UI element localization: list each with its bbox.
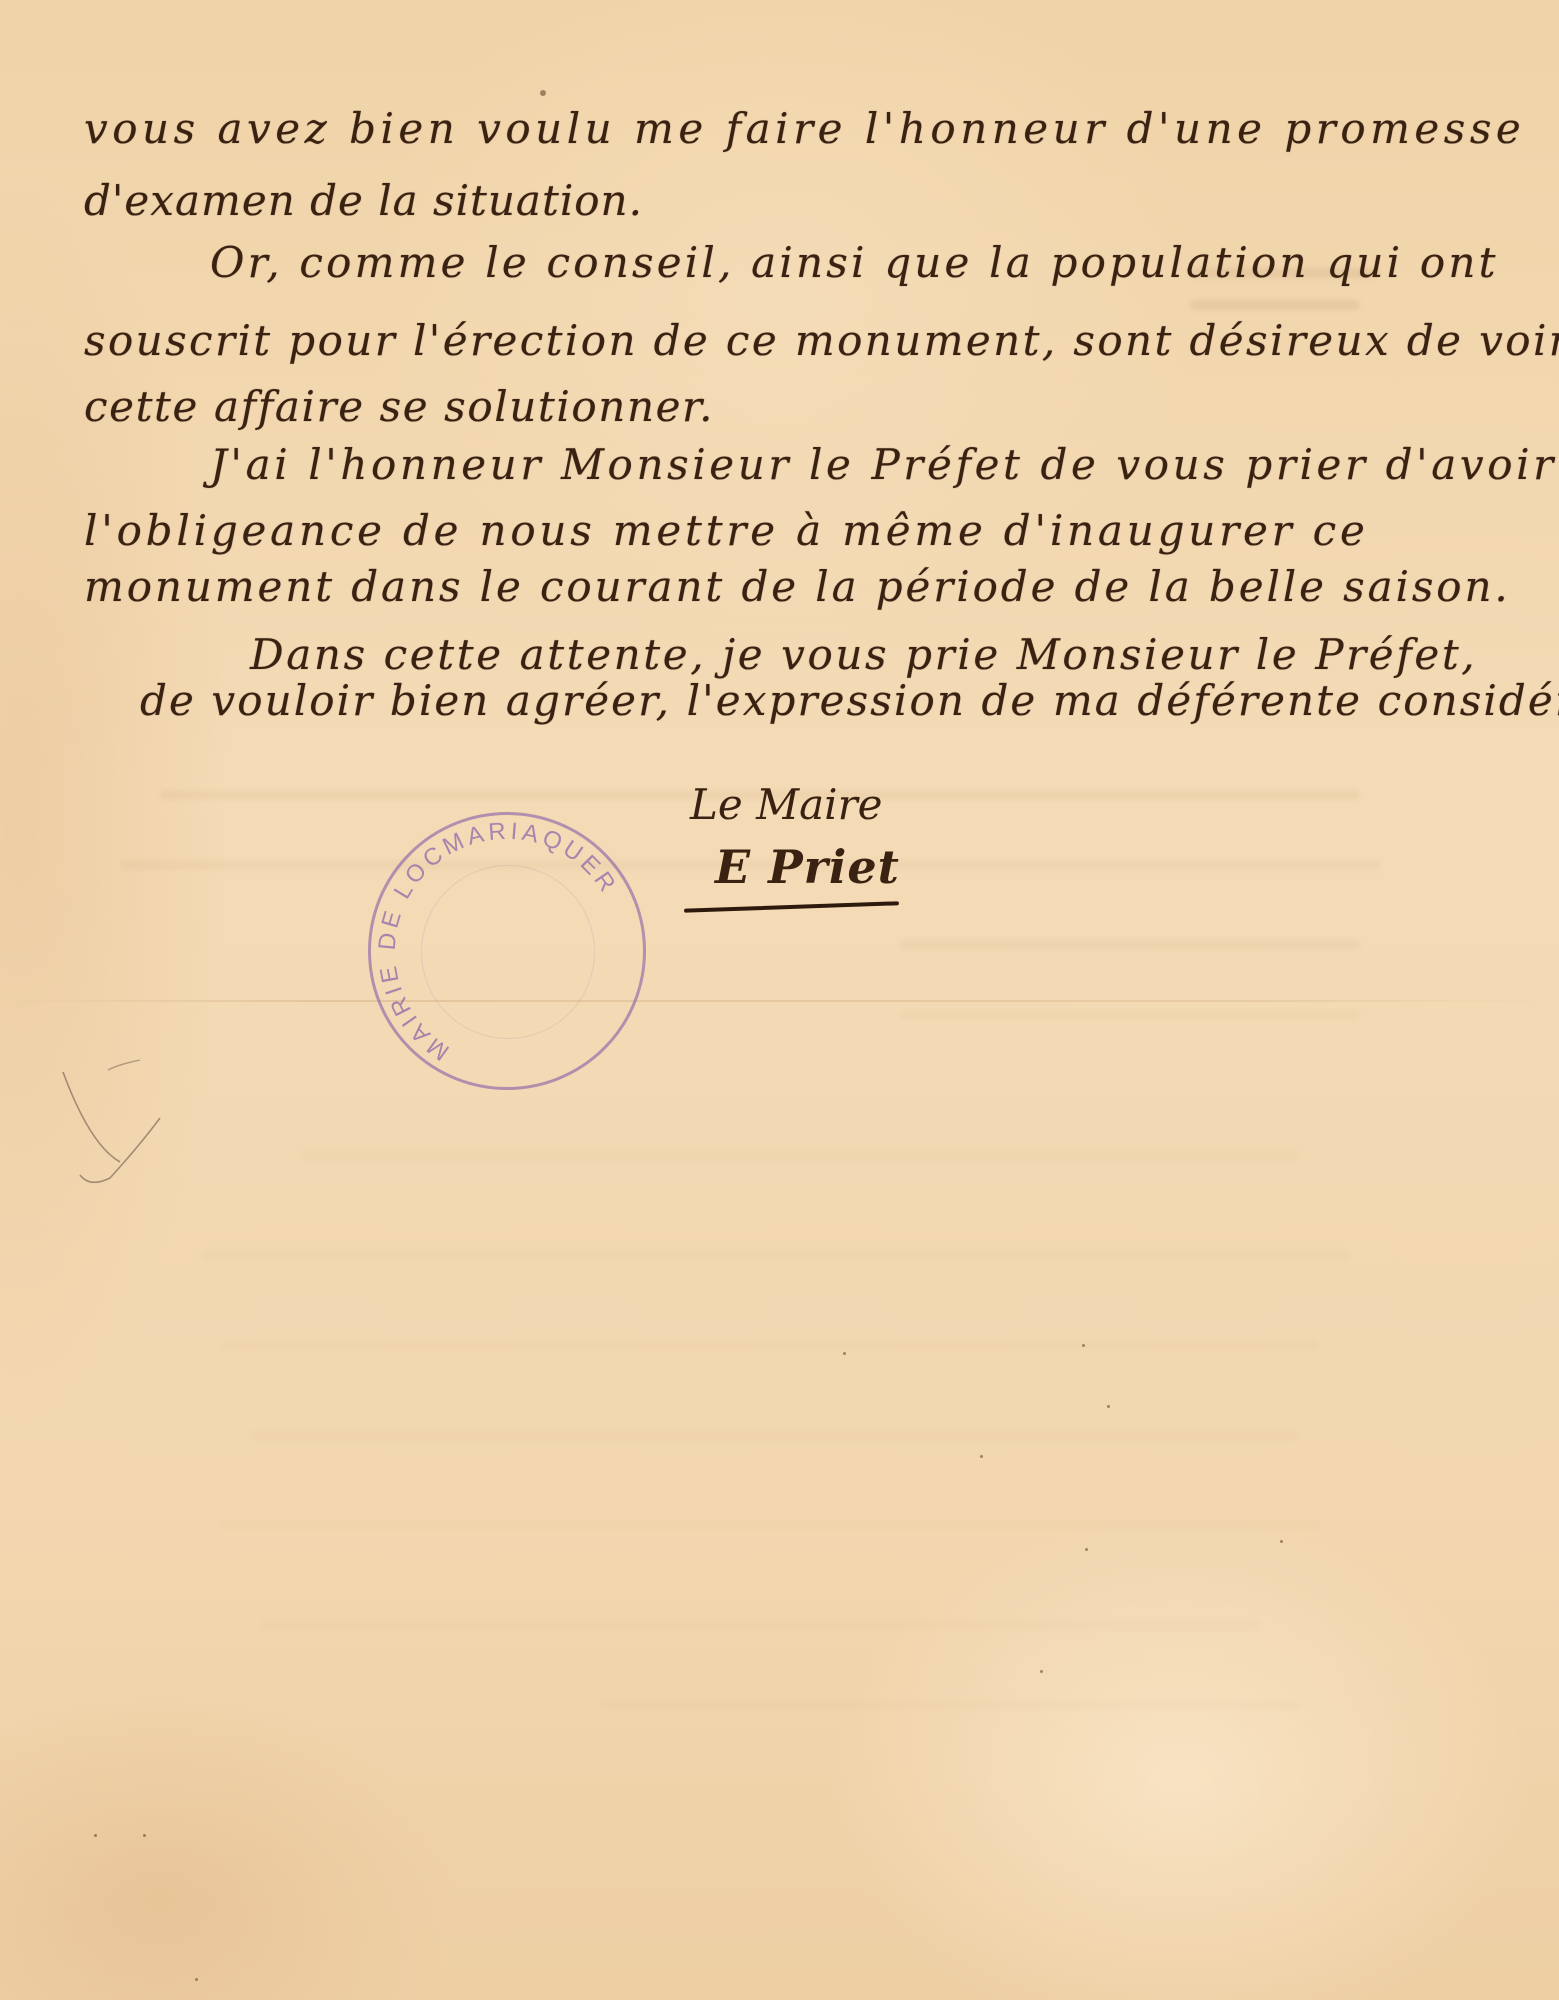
stamp-text: MAIRIE DE LOCMARIAQUER <box>368 812 632 1090</box>
letter-line: cette affaire se solutionner. <box>84 386 714 428</box>
closing-title: Le Maire <box>690 780 883 829</box>
stamp-text-ring: MAIRIE DE LOCMARIAQUER <box>368 812 646 1090</box>
letter-line: J'ai l'honneur Monsieur le Préfet de vou… <box>210 444 1557 486</box>
letter-line: l'obligeance de nous mettre à même d'ina… <box>84 510 1369 552</box>
letter-line: souscrit pour l'érection de ce monument,… <box>84 320 1559 362</box>
letter-line: de vouloir bien agréer, l'expression de … <box>140 680 1559 722</box>
letter-line: d'examen de la situation. <box>84 180 643 222</box>
letter-body: vous avez bien voulu me faire l'honneur … <box>0 0 1559 2000</box>
mairie-stamp: MAIRIE DE LOCMARIAQUER <box>368 812 646 1090</box>
signature-underline <box>684 901 899 913</box>
letter-line: vous avez bien voulu me faire l'honneur … <box>84 108 1484 150</box>
letter-line: Dans cette attente, je vous prie Monsieu… <box>250 634 1477 676</box>
letter-line: Or, comme le conseil, ainsi que la popul… <box>210 242 1499 284</box>
letter-line: monument dans le courant de la période d… <box>84 566 1511 608</box>
letter-page: vous avez bien voulu me faire l'honneur … <box>0 0 1559 2000</box>
signature: E Priet <box>715 840 900 894</box>
svg-text:MAIRIE DE LOCMARIAQUER: MAIRIE DE LOCMARIAQUER <box>368 812 632 1090</box>
